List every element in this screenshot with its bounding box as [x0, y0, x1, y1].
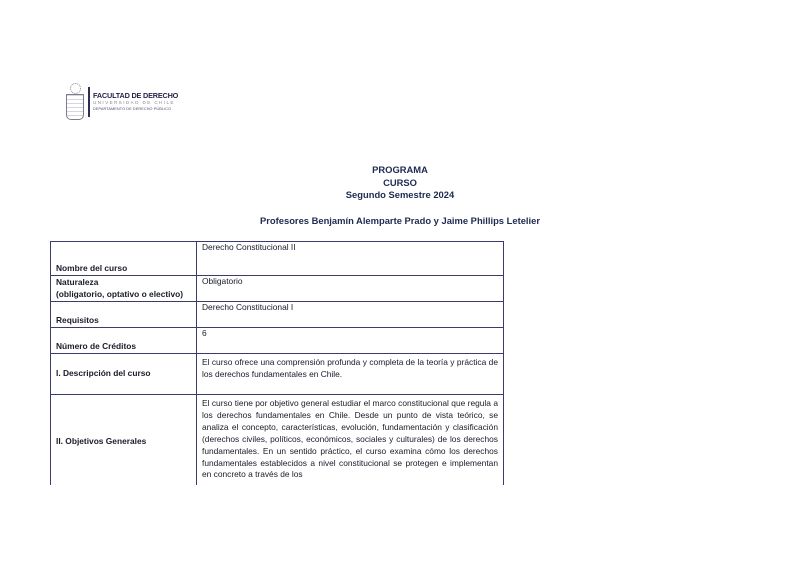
row-value: Derecho Constitucional II [197, 242, 504, 276]
row-label: Naturaleza (obligatorio, optativo o elec… [51, 276, 197, 302]
table-row: Nombre del curso Derecho Constitucional … [51, 242, 504, 276]
row-value: 6 [197, 328, 504, 354]
row-value: Derecho Constitucional I [197, 302, 504, 328]
course-info-table: Nombre del curso Derecho Constitucional … [50, 241, 504, 490]
title-programa: PROGRAMA [0, 164, 800, 177]
row-label-note: (obligatorio, optativo o electivo) [56, 289, 191, 301]
title-curso: CURSO [0, 177, 800, 190]
logo-divider [88, 87, 90, 117]
table-row: Número de Créditos 6 [51, 328, 504, 354]
row-label: Nombre del curso [51, 242, 197, 276]
university-crest-icon [64, 83, 86, 121]
professors-line: Profesores Benjamín Alemparte Prado y Ja… [0, 215, 800, 226]
logo-title: FACULTAD DE DERECHO [93, 92, 178, 99]
title-semester: Segundo Semestre 2024 [0, 189, 800, 202]
row-label-main: Naturaleza [56, 277, 191, 289]
table-row: Naturaleza (obligatorio, optativo o elec… [51, 276, 504, 302]
row-label: Requisitos [51, 302, 197, 328]
logo-subtitle: UNIVERSIDAD DE CHILE [93, 101, 178, 106]
faculty-logo: FACULTAD DE DERECHO UNIVERSIDAD DE CHILE… [64, 83, 178, 121]
row-value: Obligatorio [197, 276, 504, 302]
row-label: II. Objetivos Generales [51, 395, 197, 490]
row-value: El curso ofrece una comprensión profunda… [197, 354, 504, 395]
table-row: II. Objetivos Generales El curso tiene p… [51, 395, 504, 490]
row-value: El curso tiene por objetivo general estu… [197, 395, 504, 490]
page-cutoff [50, 485, 510, 545]
row-label: Número de Créditos [51, 328, 197, 354]
table-row: I. Descripción del curso El curso ofrece… [51, 354, 504, 395]
row-label: I. Descripción del curso [51, 354, 197, 395]
document-title: PROGRAMA CURSO Segundo Semestre 2024 [0, 164, 800, 202]
logo-department: DEPARTAMENTO DE DERECHO PÚBLICO [93, 108, 178, 112]
table-row: Requisitos Derecho Constitucional I [51, 302, 504, 328]
